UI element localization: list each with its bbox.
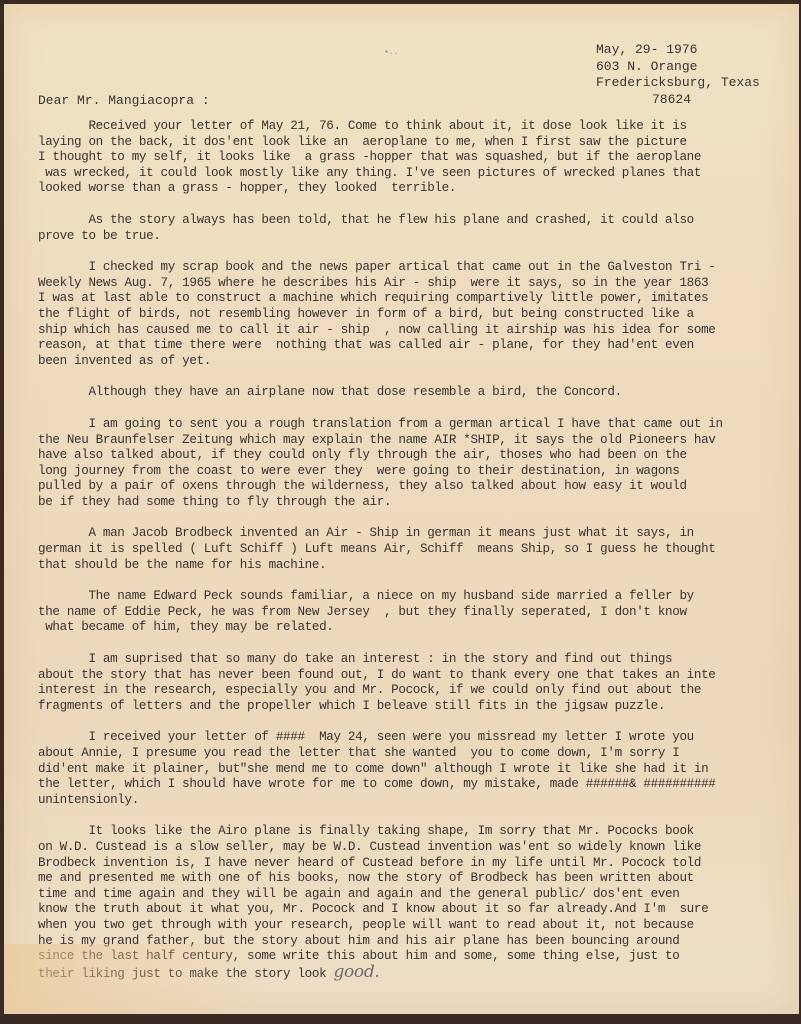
text-line: long journey from the coast to were ever…: [38, 464, 778, 480]
text-line: It looks like the Airo plane is finally …: [38, 824, 778, 840]
text-line: pulled by a pair of oxens through the wi…: [38, 479, 778, 495]
address-street: 603 N. Orange: [596, 59, 760, 76]
text-line: interest in the research, especially you…: [38, 683, 778, 699]
text-line: Weekly News Aug. 7, 1965 where he descri…: [38, 276, 778, 292]
text-line: I checked my scrap book and the news pap…: [38, 260, 778, 276]
letter-paragraph: As the story always has been told, that …: [38, 213, 778, 244]
text-line: since the last half century, some write …: [38, 949, 778, 965]
text-line: have also talked about, if they could on…: [38, 448, 778, 464]
address-zip: 78624: [596, 92, 760, 109]
handwritten-note: good.: [334, 962, 380, 982]
text-line: I received your letter of #### May 24, s…: [38, 730, 778, 746]
text-line: fragments of letters and the propeller w…: [38, 699, 778, 715]
text-line: what became of him, they may be related.: [38, 620, 778, 636]
letter-paragraph: I received your letter of #### May 24, s…: [38, 730, 778, 808]
text-line: the name of Eddie Peck, he was from New …: [38, 605, 778, 621]
salutation: Dear Mr. Mangiacopra :: [38, 93, 210, 108]
text-line: prove to be true.: [38, 229, 778, 245]
address-city: Fredericksburg, Texas: [596, 75, 760, 92]
text-line: time and time again and they will be aga…: [38, 887, 778, 903]
text-line: about the story that has never been foun…: [38, 668, 778, 684]
text-line: laying on the back, it dos'ent look like…: [38, 135, 778, 151]
text-line: The name Edward Peck sounds familiar, a …: [38, 589, 778, 605]
text-line: Brodbeck invention is, I have never hear…: [38, 856, 778, 872]
letter-paragraph: It looks like the Airo plane is finally …: [38, 824, 778, 982]
letter-paragraph: I am suprised that so many do take an in…: [38, 652, 778, 714]
text-line: looked worse than a grass - hopper, they…: [38, 181, 778, 197]
letter-header: May, 29- 1976 603 N. Orange Fredericksbu…: [596, 42, 760, 108]
text-line: the Neu Braunfelser Zeitung which may ex…: [38, 433, 778, 449]
text-line: reason, at that time there were nothing …: [38, 338, 778, 354]
stray-mark: ▪..: [384, 48, 398, 57]
text-line: ship which has caused me to call it air …: [38, 323, 778, 339]
text-line: I am suprised that so many do take an in…: [38, 652, 778, 668]
text-line: unintensionly.: [38, 793, 778, 809]
text-line: their liking just to make the story look…: [38, 965, 778, 983]
letter-date: May, 29- 1976: [596, 42, 760, 59]
text-line: that should be the name for his machine.: [38, 558, 778, 574]
text-line: been invented as of yet.: [38, 354, 778, 370]
text-line: A man Jacob Brodbeck invented an Air - S…: [38, 526, 778, 542]
text-line: As the story always has been told, that …: [38, 213, 778, 229]
letter-paragraph: I checked my scrap book and the news pap…: [38, 260, 778, 369]
text-line: I was at last able to construct a machin…: [38, 291, 778, 307]
letter-paragraph: I am going to sent you a rough translati…: [38, 417, 778, 511]
letter-paragraph: Although they have an airplane now that …: [38, 385, 778, 401]
text-line: on W.D. Custead is a slow seller, may be…: [38, 840, 778, 856]
letter-paragraph: Received your letter of May 21, 76. Come…: [38, 119, 778, 197]
text-line: Although they have an airplane now that …: [38, 385, 778, 401]
text-line: I thought to my self, it looks like a gr…: [38, 150, 778, 166]
letter-paragraph: A man Jacob Brodbeck invented an Air - S…: [38, 526, 778, 573]
text-line: the flight of birds, not resembling howe…: [38, 307, 778, 323]
text-line: was wrecked, it could look mostly like a…: [38, 166, 778, 182]
letter-page: ▪.. May, 29- 1976 603 N. Orange Frederic…: [4, 4, 799, 1014]
text-line: he is my grand father, but the story abo…: [38, 934, 778, 950]
text-line: the letter, which I should have wrote fo…: [38, 777, 778, 793]
text-line: I am going to sent you a rough translati…: [38, 417, 778, 433]
text-line: Received your letter of May 21, 76. Come…: [38, 119, 778, 135]
text-line: know the truth about it what you, Mr. Po…: [38, 902, 778, 918]
text-line: german it is spelled ( Luft Schiff ) Luf…: [38, 542, 778, 558]
text-line: me and presented me with one of his book…: [38, 871, 778, 887]
text-line: be if they had some thing to fly through…: [38, 495, 778, 511]
text-line: when you two get through with your resea…: [38, 918, 778, 934]
letter-paragraph: The name Edward Peck sounds familiar, a …: [38, 589, 778, 636]
text-line: about Annie, I presume you read the lett…: [38, 746, 778, 762]
letter-body: Received your letter of May 21, 76. Come…: [38, 119, 778, 998]
text-line: did'ent make it plainer, but"she mend me…: [38, 762, 778, 778]
